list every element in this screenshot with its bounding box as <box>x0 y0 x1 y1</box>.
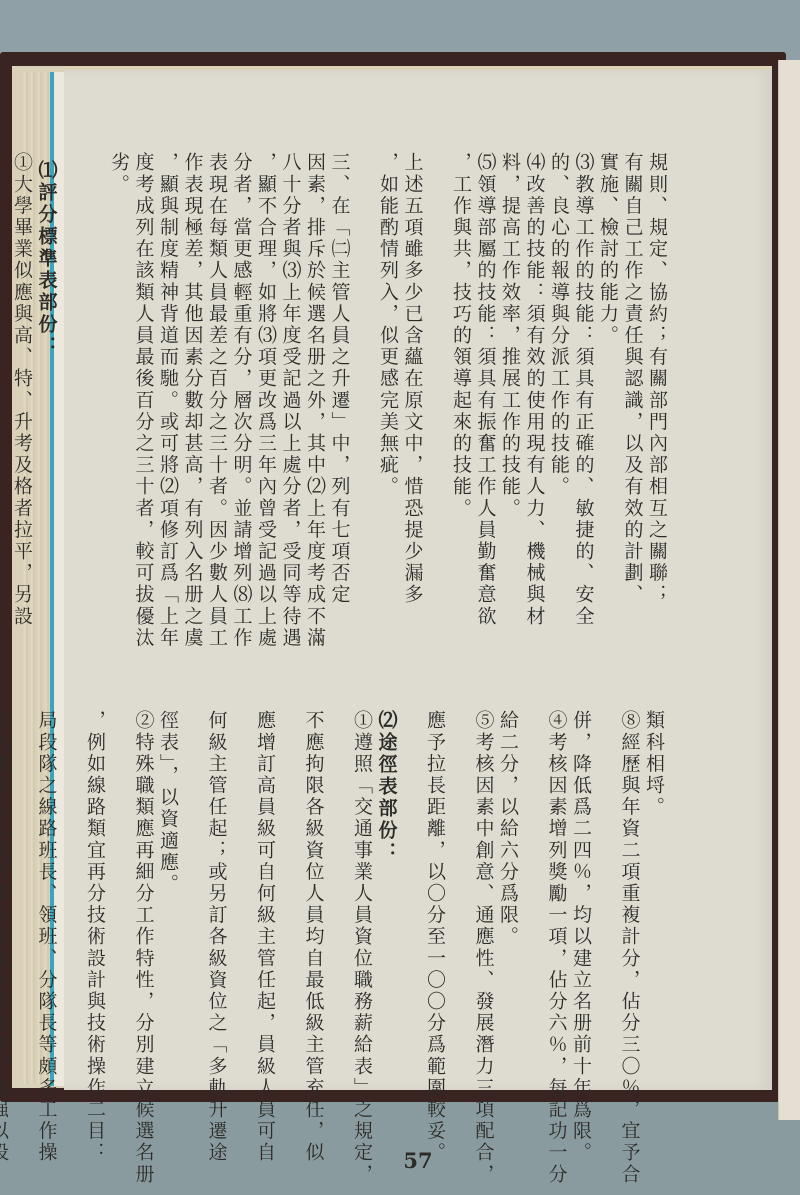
upper-text-block: 規則、規定、協約；有關部門內部相互之關聯； 有關自己工作之責任與認識，以及有效的… <box>0 152 669 712</box>
text-column: 不應拘限各級資位人員均自最低級主管充任，似 <box>301 710 350 1140</box>
list-item-8: ⑧經歷與年資二項重複計分，佔分三〇％，宜予合 <box>617 710 642 1140</box>
text-column: 八十分者與⑶上年度受記過以上處分者，受同等待遇 <box>278 152 303 712</box>
text-column: 度考成列在該類人員最後百分之三十者，較可拔優汰 <box>131 152 156 712</box>
text-column: 表現在每類人員最差之百分之三十者。因少數人員工 <box>205 152 230 712</box>
lower-text-block: 類科相埒。 ⑧經歷與年資二項重複計分，佔分三〇％，宜予合 併，降低爲二四％，均以… <box>0 710 690 1140</box>
page-number: 57 <box>64 1148 772 1173</box>
text-column: 分者，當更感輕重有分，層次分明。並請增列⑻工作 <box>229 152 254 712</box>
text-column: ，顯與制度精神背道而馳。或可將⑵項修訂爲「上年 <box>156 152 181 712</box>
list-item-5: ⑸領導部屬的技能：須具有振奮工作人員勤奮意欲 <box>473 152 498 712</box>
list-item-4: ④考核因素增列獎勵一項，佔分六％，每記功一分 <box>544 710 569 1140</box>
section-heading-scoring-table: ⑴評分標準表部份： <box>34 160 107 712</box>
text-column: 作表現極差，其他因素分數却甚高，有列入名册之虞 <box>180 152 205 712</box>
list-item-1: ①遵照「交通事業人員資位職務薪給表」之規定， <box>350 710 375 1140</box>
text-column: 何級主管任起；或另訂各級資位之「多軌升遷途 <box>204 710 253 1140</box>
text-column: 給二分，以給六分爲限。 <box>496 710 545 1140</box>
text-column: 因素，排斥於候選名册之外，其中⑵上年度考成不滿 <box>303 152 328 712</box>
text-column: 實施、檢討的能力。 <box>596 152 621 712</box>
list-item-5: ⑤考核因素中創意、通應性、發展潛力三項配合， <box>471 710 496 1140</box>
text-column: 應增訂高員級可自何級主管任起，員級人員可自 <box>253 710 302 1140</box>
section-three: 三、在「㈡主管人員之升遷」中，列有七項否定 <box>327 152 376 712</box>
text-column: ，如能酌情列入，似更感完美無疵。 <box>376 152 401 712</box>
list-item-2: ②特殊職類應再細分工作特性，分別建立候選名册 <box>131 710 156 1140</box>
text-column: 料，提高工作效率，推展工作的技能。 <box>498 152 523 712</box>
text-column: 上述五項雖多少已含蘊在原文中，惜恐提少漏多 <box>400 152 449 712</box>
book-page: 規則、規定、協約；有關部門內部相互之關聯； 有關自己工作之責任與認識，以及有效的… <box>64 70 772 1090</box>
text-column: 劣。 <box>107 152 132 712</box>
text-column: 有關自己工作之責任與認識，以及有效的計劃、 <box>620 152 645 712</box>
text-column: ，顯不合理，如將⑶項更改爲三年內曾受記過以上處 <box>254 152 279 712</box>
text-column: 徑表」，以資適應。 <box>156 710 205 1140</box>
text-column: 應予拉長距離，以〇分至一〇〇分爲範圍較妥。 <box>423 710 472 1140</box>
adjacent-page-edge <box>778 60 800 1120</box>
text-column: 的、良心的報導與分派工作的技能。 <box>547 152 572 712</box>
text-column: 規則、規定、協約；有關部門內部相互之關聯； <box>645 152 670 712</box>
list-item-4: ⑷改善的技能：須有效的使用現有人力、機械與材 <box>522 152 547 712</box>
text-column: ，工作與共，技巧的領導起來的技能。 <box>449 152 474 712</box>
text-column: 併，降低爲二四％，均以建立名册前十年爲限。 <box>569 710 618 1140</box>
text-column: 局段隊之線路班長、領班、分隊長等頗多工作操 <box>34 710 83 1140</box>
section-heading-path-table: ⑵途徑表部份： <box>374 710 423 1140</box>
list-item-1: ①大學畢業似應與高、特、升考及格者拉平，另設 <box>10 152 35 712</box>
text-column: 作熟練而短於技術設計及技術管理者，而强以股 <box>0 710 34 1140</box>
list-item-3: ⑶教導工作的技能：須具有正確的、敏捷的、安全 <box>571 152 596 712</box>
text-column: 專科畢業者一項，給七〇分。 <box>0 152 10 712</box>
text-column: 類科相埒。 <box>642 710 691 1140</box>
text-column: ，例如線路類宜再分技術設計與技術操作二目： <box>83 710 132 1140</box>
